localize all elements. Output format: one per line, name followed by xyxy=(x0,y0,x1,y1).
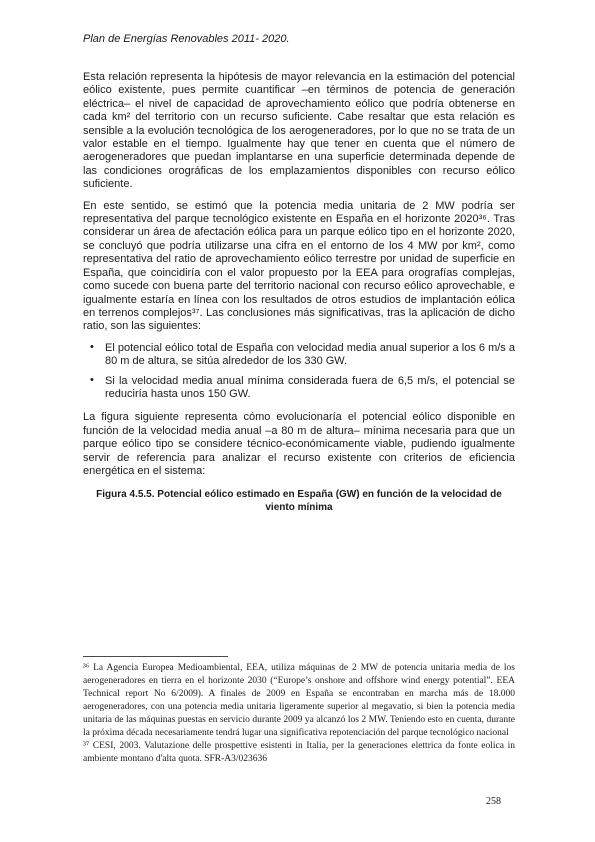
bullet-icon: • xyxy=(90,374,94,387)
paragraph-wind-potential-relation: Esta relación representa la hipótesis de… xyxy=(83,71,515,192)
footnote-separator xyxy=(83,656,228,657)
bullet-list: • El potencial eólico total de España co… xyxy=(83,342,515,402)
figure-area xyxy=(83,514,515,664)
bullet-text: El potencial eólico total de España con … xyxy=(105,342,515,367)
document-page: Plan de Energías Renovables 2011- 2020. … xyxy=(0,0,595,842)
footnote-37: ³⁷ CESI, 2003. Valutazione delle prospet… xyxy=(83,740,515,766)
page-body: Esta relación representa la hipótesis de… xyxy=(83,71,515,664)
bullet-item: • El potencial eólico total de España co… xyxy=(83,342,515,369)
figure-caption: Figura 4.5.5. Potencial eólico estimado … xyxy=(83,488,515,514)
footnotes-section: ³⁶ La Agencia Europea Medioambiental, EE… xyxy=(83,656,515,766)
page-number: 258 xyxy=(486,796,501,807)
paragraph-unit-power-estimate: En este sentido, se estimó que la potenc… xyxy=(83,200,515,334)
paragraph-figure-intro: La figura siguiente representa cómo evol… xyxy=(83,411,515,478)
bullet-icon: • xyxy=(90,341,94,354)
page-header: Plan de Energías Renovables 2011- 2020. xyxy=(83,33,515,45)
footnote-36: ³⁶ La Agencia Europea Medioambiental, EE… xyxy=(83,662,515,740)
bullet-item: • Si la velocidad media anual mínima con… xyxy=(83,375,515,402)
bullet-text: Si la velocidad media anual mínima consi… xyxy=(105,375,515,400)
